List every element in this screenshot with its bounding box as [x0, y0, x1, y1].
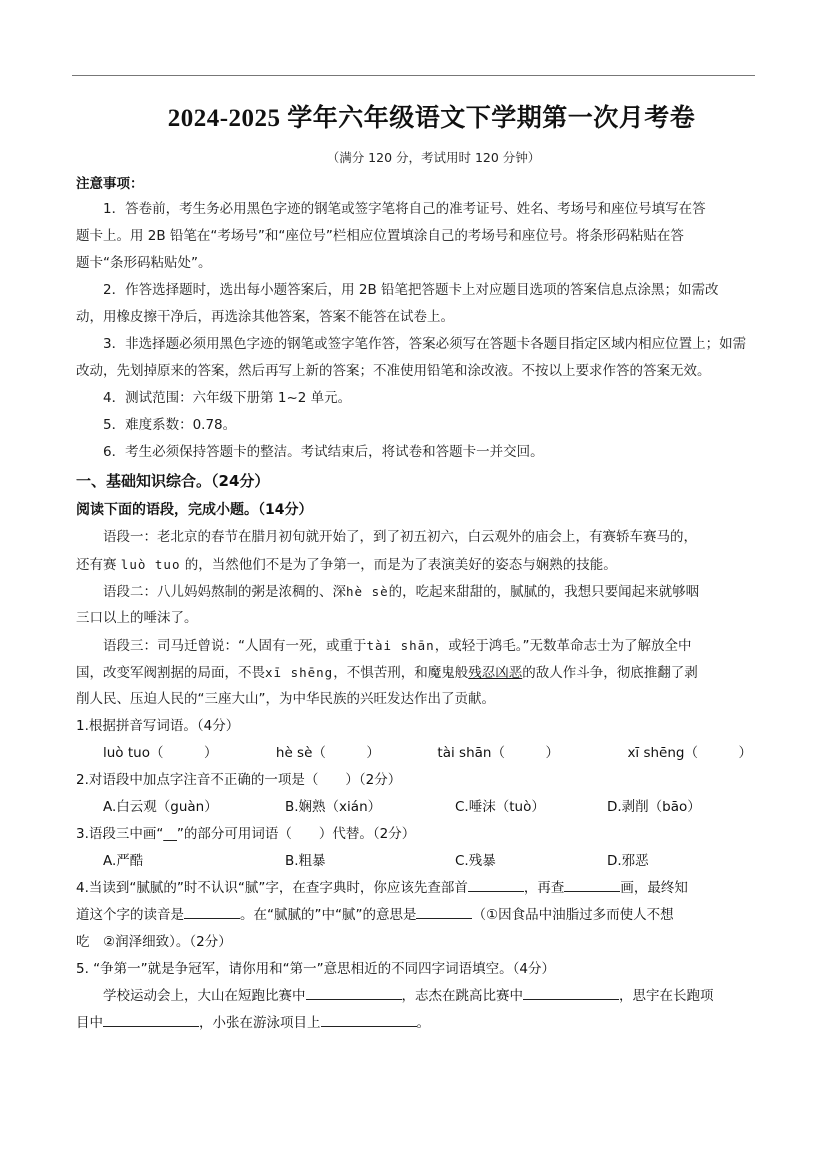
passage-2-text-b: 的，吃起来甜甜的，腻腻的，我想只要闻起来就够咽 — [389, 584, 700, 600]
notice-item-2-line-1: 2．作答选择题时，选出每小题答案后，用 2B 铅笔把答题卡上对应题目选项的答案信… — [76, 277, 752, 304]
q4-strokes-blank[interactable] — [564, 877, 620, 892]
question-5-line-2: 目中，小张在游泳项目上。 — [76, 1010, 752, 1037]
q3-option-a[interactable]: A.严酷 — [103, 848, 285, 875]
q2-option-a[interactable]: A.白云观（guàn） — [103, 794, 285, 821]
passage-3-line-1: 语段三：司马迁曾说：“人固有一死，或重于tài shān，或轻于鸿毛。”无数革命… — [76, 632, 752, 659]
passage-2-line-2: 三口以上的唾沫了。 — [76, 605, 752, 632]
q1-item-xisheng[interactable]: xī shēng（ ） — [627, 740, 752, 767]
q2-option-d[interactable]: D.剥削（bāo） — [607, 794, 701, 821]
q5-text-f: 。 — [417, 1015, 431, 1031]
page-title: 2024-2025 学年六年级语文下学期第一次月考卷 — [0, 98, 827, 134]
q5-text-d: 目中 — [76, 1015, 103, 1031]
passage-1-text-a: 还有赛 — [76, 557, 121, 573]
passage-1-line-2: 还有赛 luò tuo 的，当然他们不是为了争第一，而是为了表演美好的姿态与娴熟… — [76, 551, 752, 578]
notice-item-1-line-1: 1．答卷前，考生务必用黑色字迹的钢笔或签字笔将自己的准考证号、姓名、考场号和座位… — [76, 196, 752, 223]
q4-pronunciation-blank[interactable] — [184, 904, 240, 919]
question-5: 5. “争第一”就是争冠军，请你用和“第一”意思相近的不同四字词语填空。（4分）… — [76, 956, 752, 1037]
q5-blank-2[interactable] — [523, 985, 619, 1000]
pinyin-luotuo: luò tuo — [121, 557, 181, 572]
passage-3-text-c: 国，改变军阀割据的局面，不畏 — [76, 665, 265, 681]
exam-content: 注意事项： 1．答卷前，考生务必用黑色字迹的钢笔或签字笔将自己的准考证号、姓名、… — [76, 172, 752, 1037]
question-1: 1.根据拼音写词语。（4分） luò tuo（ ） hè sè（ ） tài s… — [76, 713, 752, 767]
q4-text-d: 道这个字的读音是 — [76, 907, 184, 923]
notice-item-3-line-2: 改动，先划掉原来的答案，然后再写上新的答案；不准使用铅笔和涂改液。不按以上要求作… — [76, 358, 752, 385]
passage-2: 语段二：八儿妈妈熬制的粥是浓稠的、深hè sè的，吃起来甜甜的，腻腻的，我想只要… — [76, 578, 752, 632]
q5-text-c: ，思宇在长跑项 — [619, 988, 714, 1004]
question-3-stem: 3.语段三中画“__”的部分可用词语（ ）代替。（2分） — [76, 821, 752, 848]
section-1-heading: 一、基础知识综合。（24分） — [76, 466, 752, 496]
underlined-phrase: 残忍凶恶 — [468, 665, 522, 681]
question-4-line-1: 4.当读到“腻腻的”时不认识“腻”字，在查字典时，你应该先查部首，再查画，最终知 — [76, 875, 752, 902]
notice-item-5: 5．难度系数：0.78。 — [76, 412, 752, 439]
passage-1-line-1: 语段一：老北京的春节在腊月初旬就开始了，到了初五初六，白云观外的庙会上，有赛轿车… — [76, 524, 752, 551]
passage-3-text-d: ，不惧苦刑，和魔鬼般 — [333, 665, 468, 681]
passage-3: 语段三：司马迁曾说：“人固有一死，或重于tài shān，或轻于鸿毛。”无数革命… — [76, 632, 752, 713]
notice-item-1-line-2: 题卡上。用 2B 铅笔在“考场号”和“座位号”栏相应位置填涂自己的考场号和座位号… — [76, 223, 752, 250]
reading-heading: 阅读下面的语段，完成小题。（14分） — [76, 496, 752, 524]
header-rule — [72, 75, 755, 76]
notice-section: 注意事项： 1．答卷前，考生务必用黑色字迹的钢笔或签字笔将自己的准考证号、姓名、… — [76, 172, 752, 466]
question-4-line-2: 道这个字的读音是。在“腻腻的”中“腻”的意思是（①因食品中油脂过多而使人不想 — [76, 902, 752, 929]
notice-item-6: 6．考生必须保持答题卡的整洁。考试结束后，将试卷和答题卡一并交回。 — [76, 439, 752, 466]
question-4: 4.当读到“腻腻的”时不认识“腻”字，在查字典时，你应该先查部首，再查画，最终知… — [76, 875, 752, 956]
q5-blank-4[interactable] — [321, 1012, 417, 1027]
q2-option-b[interactable]: B.娴熟（xián） — [285, 794, 455, 821]
q3-option-d[interactable]: D.邪恶 — [607, 848, 649, 875]
q2-option-c[interactable]: C.唾沫（tuò） — [455, 794, 607, 821]
q5-text-e: ，小张在游泳项目上 — [199, 1015, 321, 1031]
pinyin-xisheng: xī shēng — [265, 665, 333, 680]
q3-option-b[interactable]: B.粗暴 — [285, 848, 455, 875]
q4-text-c: 画，最终知 — [620, 880, 688, 896]
q3-option-c[interactable]: C.残暴 — [455, 848, 607, 875]
question-1-stem: 1.根据拼音写词语。（4分） — [76, 713, 752, 740]
pinyin-taishan: tài shān — [367, 638, 435, 653]
q1-item-hese[interactable]: hè sè（ ） — [276, 740, 438, 767]
question-4-line-3: 吃 ②润泽细致）。（2分） — [76, 929, 752, 956]
passage-2-text-a: 语段二：八儿妈妈熬制的粥是浓稠的、深 — [103, 584, 346, 600]
question-5-line-1: 学校运动会上，大山在短跑比赛中，志杰在跳高比赛中，思宇在长跑项 — [76, 983, 752, 1010]
question-2: 2.对语段中加点字注音不正确的一项是（ ）（2分） A.白云观（guàn） B.… — [76, 767, 752, 821]
passage-2-line-1: 语段二：八儿妈妈熬制的粥是浓稠的、深hè sè的，吃起来甜甜的，腻腻的，我想只要… — [76, 578, 752, 605]
q4-text-e: 。在“腻腻的”中“腻”的意思是 — [240, 907, 416, 923]
q4-text-f: （①因食品中油脂过多而使人不想 — [472, 907, 673, 923]
passage-3-text-a: 语段三：司马迁曾说：“人固有一死，或重于 — [103, 638, 367, 654]
passage-1-text-b: 的，当然他们不是为了争第一，而是为了表演美好的姿态与娴熟的技能。 — [180, 557, 616, 573]
exam-subtitle: （满分 120 分，考试用时 120 分钟） — [0, 148, 827, 166]
q5-blank-1[interactable] — [306, 985, 402, 1000]
question-2-stem: 2.对语段中加点字注音不正确的一项是（ ）（2分） — [76, 767, 752, 794]
q4-meaning-blank[interactable] — [416, 904, 472, 919]
passage-1: 语段一：老北京的春节在腊月初旬就开始了，到了初五初六，白云观外的庙会上，有赛轿车… — [76, 524, 752, 578]
passage-3-line-3: 削人民、压迫人民的“三座大山”，为中华民族的兴旺发达作出了贡献。 — [76, 686, 752, 713]
q1-item-luotuo[interactable]: luò tuo（ ） — [103, 740, 276, 767]
q1-item-taishan[interactable]: tài shān（ ） — [437, 740, 627, 767]
q5-text-b: ，志杰在跳高比赛中 — [402, 988, 524, 1004]
q4-text-b: ，再查 — [524, 880, 565, 896]
question-1-items: luò tuo（ ） hè sè（ ） tài shān（ ） xī shēng… — [76, 740, 752, 767]
question-3-options: A.严酷 B.粗暴 C.残暴 D.邪恶 — [76, 848, 752, 875]
notice-item-4: 4．测试范围：六年级下册第 1~2 单元。 — [76, 385, 752, 412]
question-5-stem: 5. “争第一”就是争冠军，请你用和“第一”意思相近的不同四字词语填空。（4分） — [76, 956, 752, 983]
question-2-options: A.白云观（guàn） B.娴熟（xián） C.唾沫（tuò） D.剥削（bā… — [76, 794, 752, 821]
q5-text-a: 学校运动会上，大山在短跑比赛中 — [103, 988, 306, 1004]
notice-item-3-line-1: 3．非选择题必须用黑色字迹的钢笔或签字笔作答，答案必须写在答题卡各题目指定区域内… — [76, 331, 752, 358]
notice-item-1-line-3: 题卡“条形码粘贴处”。 — [76, 250, 752, 277]
q4-text-a: 4.当读到“腻腻的”时不认识“腻”字，在查字典时，你应该先查部首 — [76, 880, 468, 896]
passage-3-line-2: 国，改变军阀割据的局面，不畏xī shēng，不惧苦刑，和魔鬼般残忍凶恶的敌人作… — [76, 659, 752, 686]
q4-radical-blank[interactable] — [468, 877, 524, 892]
pinyin-hese: hè sè — [346, 584, 389, 599]
notice-item-2-line-2: 动，用橡皮擦干净后，再选涂其他答案，答案不能答在试卷上。 — [76, 304, 752, 331]
question-3: 3.语段三中画“__”的部分可用词语（ ）代替。（2分） A.严酷 B.粗暴 C… — [76, 821, 752, 875]
passage-3-text-e: 的敌人作斗争，彻底推翻了剥 — [522, 665, 698, 681]
passage-3-text-b: ，或轻于鸿毛。”无数革命志士为了解放全中 — [435, 638, 692, 654]
q5-blank-3[interactable] — [103, 1012, 199, 1027]
notice-heading: 注意事项： — [76, 172, 752, 196]
